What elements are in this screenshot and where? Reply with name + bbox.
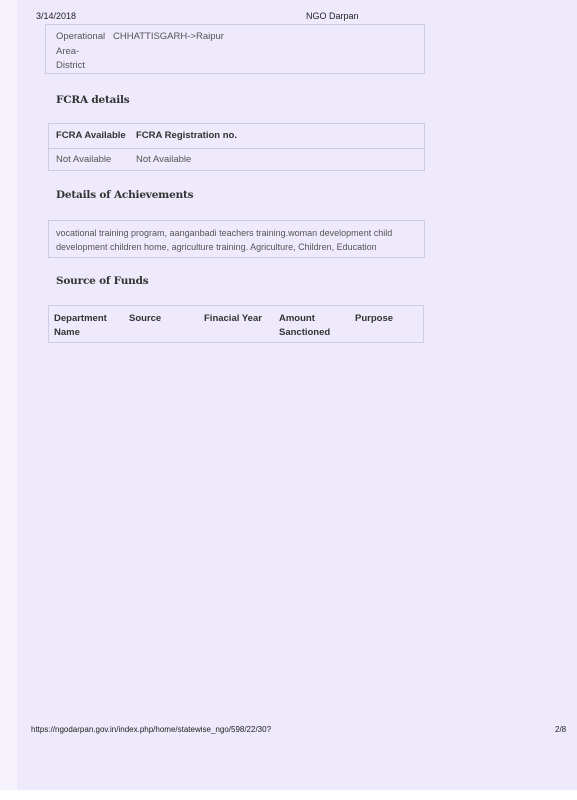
- print-date: 3/14/2018: [36, 11, 76, 21]
- operational-area-value: CHHATTISGARH->Raipur: [113, 30, 224, 45]
- achievements-heading: Details of Achievements: [56, 189, 193, 201]
- table-row: Not Available Not Available: [49, 148, 424, 172]
- footer-url: https://ngodarpan.gov.in/index.php/home/…: [31, 725, 271, 734]
- operational-area-label: Operational Area-District: [56, 30, 106, 74]
- funds-col-source: Source: [129, 312, 161, 326]
- achievements-text: vocational training program, aanganbadi …: [56, 226, 416, 254]
- page-sheet: [17, 0, 577, 790]
- page-number: 2/8: [555, 725, 566, 734]
- funds-heading: Source of Funds: [56, 275, 148, 287]
- funds-table: Department Name Source Finacial Year Amo…: [48, 305, 424, 343]
- funds-col-year: Finacial Year: [204, 312, 262, 326]
- fcra-registration-value: Not Available: [136, 154, 191, 165]
- funds-col-department: Department Name: [54, 312, 114, 340]
- funds-col-purpose: Purpose: [355, 312, 393, 326]
- fcra-col-available: FCRA Available: [56, 130, 126, 141]
- operational-area-box: Operational Area-District CHHATTISGARH->…: [45, 24, 425, 74]
- fcra-table: FCRA Available FCRA Registration no. Not…: [48, 123, 425, 171]
- page-margin: [0, 0, 17, 790]
- fcra-col-registration: FCRA Registration no.: [136, 130, 237, 141]
- fcra-heading: FCRA details: [56, 94, 130, 106]
- achievements-box: vocational training program, aanganbadi …: [48, 220, 425, 258]
- funds-col-amount: Amount Sanctioned: [279, 312, 339, 340]
- print-title: NGO Darpan: [306, 11, 359, 21]
- fcra-available-value: Not Available: [56, 154, 111, 165]
- fcra-header-row: FCRA Available FCRA Registration no.: [49, 124, 424, 149]
